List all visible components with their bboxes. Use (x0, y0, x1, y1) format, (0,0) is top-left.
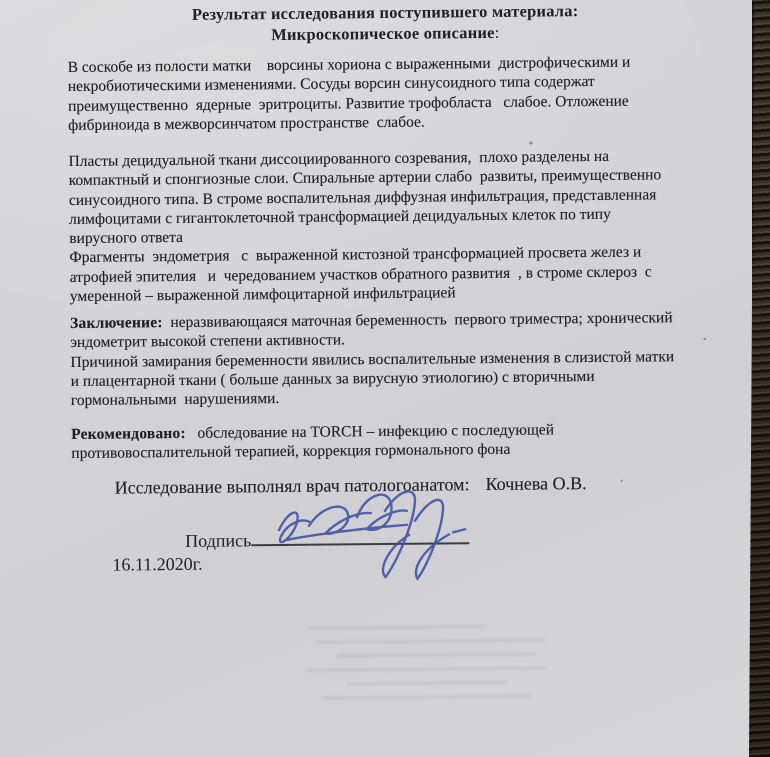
page-showthrough (306, 613, 577, 711)
paper-speck (529, 142, 532, 145)
microscopy-paragraph-2: Пласты децидуальной ткани диссоциированн… (68, 145, 749, 306)
report-date: 16.11.2020г. (112, 554, 202, 576)
recommendation-label: Рекомендовано: (71, 425, 186, 443)
recommendation-paragraph: Рекомендовано: обследование на TORCH – и… (71, 418, 751, 463)
microscopy-paragraph-1: В соскобе из полости матки ворсины хорио… (68, 51, 749, 135)
document-photo: Результат исследования поступившего мате… (0, 0, 770, 757)
signature-scribble (257, 476, 493, 586)
report-heading: Результат исследования поступившего мате… (40, 0, 730, 47)
conclusion-label: Заключение: (70, 314, 163, 332)
report-content: Результат исследования поступившего мате… (0, 0, 759, 757)
report-paper: Результат исследования поступившего мате… (0, 0, 752, 757)
signature-label: Подпись (185, 530, 251, 551)
paper-speck (621, 480, 623, 482)
doctor-name: Кочнева О.В. (485, 473, 586, 494)
conclusion-paragraph: Заключение: неразвивающаяся маточная бер… (70, 307, 751, 410)
paper-speck (703, 338, 706, 340)
